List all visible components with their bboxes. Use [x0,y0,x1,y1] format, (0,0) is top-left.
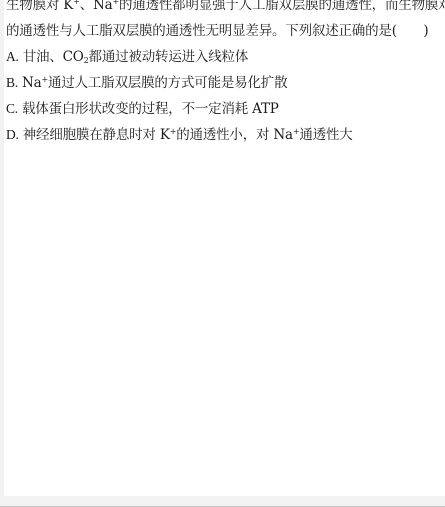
bottom-frame-bar [0,496,445,507]
option-text: 通透性大 [299,127,352,143]
option-text: 神经细胞膜在静息时对 K [23,127,170,143]
option-text: 的通透性小，对 Na [176,127,293,143]
option-text: 通过人工脂双层膜的方式可能是易化扩散 [48,75,287,91]
question-block: 生物膜对 K+、Na+的通透性都明显强于人工脂双层膜的通透性，而生物膜对甘油、C… [6,0,445,148]
option-letter: A. [6,49,19,64]
option-text: 载体蛋白形状改变的过程，不一定消耗 ATP [22,101,279,117]
question-stem-line-2: 的通透性与人工脂双层膜的通透性无明显差异。下列叙述正确的是( ) [6,18,445,44]
option-b[interactable]: B.Na+通过人工脂双层膜的方式可能是易化扩散 [6,70,445,96]
option-d[interactable]: D.神经细胞膜在静息时对 K+的通透性小，对 Na+通透性大 [6,122,445,148]
option-c[interactable]: C.载体蛋白形状改变的过程，不一定消耗 ATP [6,96,445,122]
option-letter: C. [6,101,18,116]
option-text: 甘油、CO [23,49,84,65]
option-text: 都通过被动转运进入线粒体 [89,49,249,65]
left-frame-strip [0,0,4,496]
option-a[interactable]: A.甘油、CO2都通过被动转运进入线粒体 [6,44,445,70]
question-stem-line-1: 生物膜对 K+、Na+的通透性都明显强于人工脂双层膜的通透性，而生物膜对甘油、C… [6,0,445,18]
stem-text: 生物膜对 K [6,0,73,13]
option-letter: D. [6,127,19,142]
stem-text: 的通透性都明显强于人工脂双层膜的通透性，而生物膜对甘油、CO [119,0,445,13]
option-letter: B. [6,75,18,90]
stem-text: 、Na [80,0,113,13]
option-text: Na [22,75,41,91]
